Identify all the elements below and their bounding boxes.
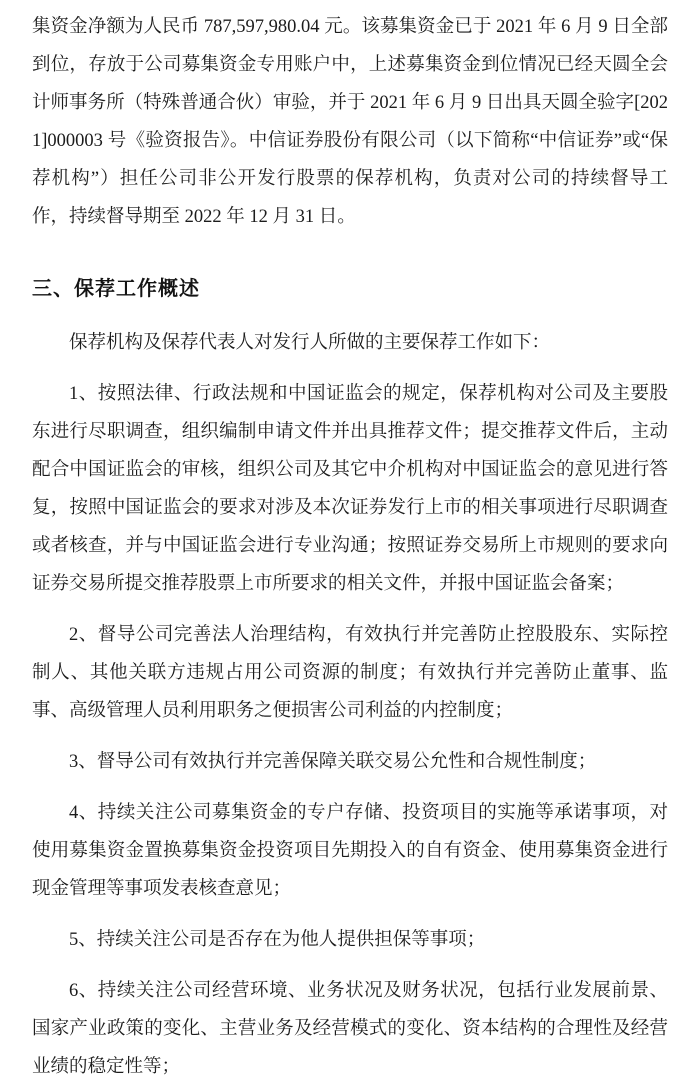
document-page: 集资金净额为人民币 787,597,980.04 元。该募集资金已于 2021 … [0,0,700,1086]
continued-paragraph: 集资金净额为人民币 787,597,980.04 元。该募集资金已于 2021 … [32,8,668,236]
work-item-4: 4、持续关注公司募集资金的专户存储、投资项目的实施等承诺事项，对使用募集资金置换… [32,794,668,908]
work-item-1: 1、按照法律、行政法规和中国证监会的规定，保荐机构对公司及主要股东进行尽职调查，… [32,375,668,603]
work-item-3: 3、督导公司有效执行并完善保障关联交易公允性和合规性制度； [32,743,668,781]
section-heading: 三、保荐工作概述 [32,270,668,308]
work-item-2: 2、督导公司完善法人治理结构，有效执行并完善防止控股股东、实际控制人、其他关联方… [32,616,668,730]
work-item-6: 6、持续关注公司经营环境、业务状况及财务状况，包括行业发展前景、国家产业政策的变… [32,972,668,1086]
work-item-5: 5、持续关注公司是否存在为他人提供担保等事项； [32,921,668,959]
section-intro: 保荐机构及保荐代表人对发行人所做的主要保荐工作如下： [32,324,668,362]
